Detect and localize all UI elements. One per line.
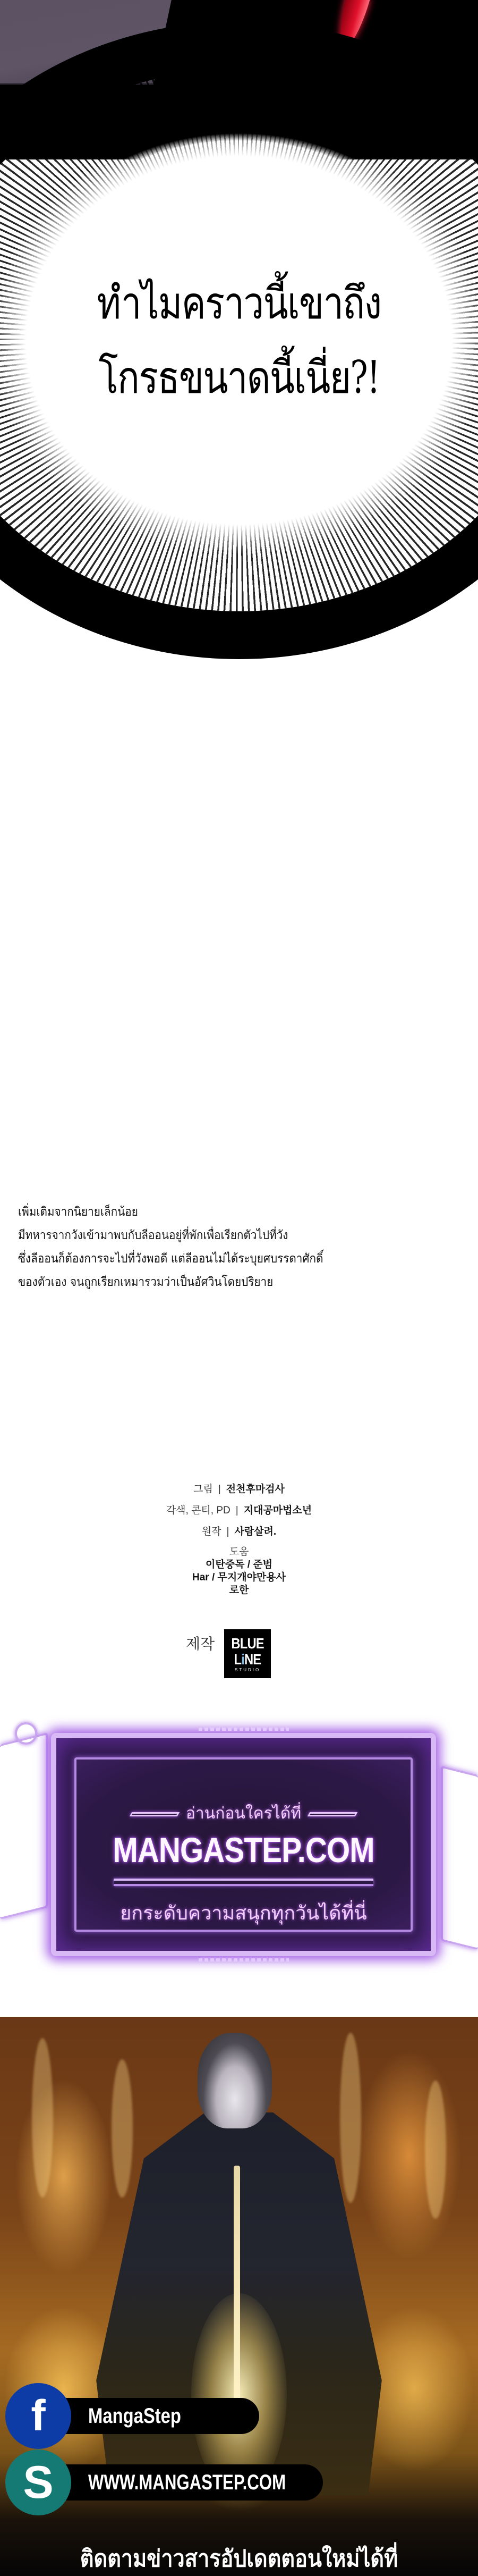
flame-art: [425, 2081, 446, 2219]
circuit-decoration-right: [441, 1765, 478, 1950]
blueline-studio-logo: BLUE LiNE STUDIO: [224, 1629, 271, 1678]
banner-top-line: อ่านก่อนใครได้ที่: [76, 1801, 411, 1826]
translator-notes: เพิ่มเติมจากนิยายเล็กน้อย มีทหารจากวังเข…: [18, 1200, 420, 1294]
credit-name: 전천후마검사: [226, 1484, 285, 1495]
credit-row-original: 원작|사람살려.: [0, 1521, 478, 1543]
sword-art: [234, 2166, 240, 2400]
credit-name: 사람살려.: [234, 1526, 276, 1537]
note-line: เพิ่มเติมจากนิยายเล็กน้อย: [18, 1200, 420, 1224]
credit-row-adaptation: 각색, 콘티, PD|지대공마법소년: [0, 1500, 478, 1521]
flame-art: [340, 2033, 361, 2203]
gear-icon: [15, 1722, 37, 1745]
manga-panel-shout: ทำไมคราวนี้เขาถึง โกรธขนาดนี้เนี่ย?!: [0, 0, 478, 691]
shout-speech-bubble: ทำไมคราวนี้เขาถึง โกรธขนาดนี้เนี่ย?!: [43, 266, 435, 415]
logo-line-2: LiNE: [234, 1652, 261, 1668]
facebook-pill: MangaStep: [55, 2398, 259, 2434]
website-link[interactable]: S WWW.MANGASTEP.COM: [5, 2449, 323, 2515]
credit-role: 그림: [193, 1484, 213, 1495]
note-line: มีทหารจากวังเข้ามาพบกับลีออนอยู่ที่พักเพ…: [18, 1224, 420, 1247]
banner-inner-frame: อ่านก่อนใครได้ที่ MANGASTEP.COM ยกระดับค…: [74, 1757, 413, 1932]
follow-updates-text: ติดตามข่าวสารอัปเดตตอนใหม่ได้ที่: [24, 2540, 454, 2576]
note-line: ซึ่งลีออนก็ต้องการจะไปที่วังพอดี แต่ลีออ…: [18, 1247, 420, 1270]
frame-dash-bottom: [199, 1958, 289, 1962]
flame-art: [112, 2059, 133, 2198]
shout-line-1: ทำไมคราวนี้เขาถึง: [43, 266, 435, 340]
credit-help-label: 도움: [0, 1546, 478, 1559]
character-sleeve-art: [0, 0, 176, 85]
logo-line-1: BLUE: [231, 1636, 263, 1652]
credit-role: 각색, 콘티, PD: [166, 1505, 231, 1516]
credit-separator: |: [236, 1505, 238, 1516]
banner-top-text: อ่านก่อนใครได้ที่: [186, 1804, 301, 1823]
circuit-decoration-left: [0, 1732, 48, 1920]
production-label: 제작: [186, 1632, 215, 1654]
banner-site-link[interactable]: MANGASTEP.COM: [100, 1830, 387, 1870]
note-line: ของตัวเอง จนถูกเรียกเหมารวมว่าเป็นอัศวิน…: [18, 1270, 420, 1294]
facebook-icon: f: [5, 2383, 71, 2449]
credit-help-name: 이탄중독 / 준범: [0, 1559, 478, 1571]
deco-bar-left-icon: [130, 1812, 180, 1816]
credits-block: 그림|전천후마검사 각색, 콘티, PD|지대공마법소년 원작|사람살려. 도움…: [0, 1479, 478, 1597]
website-label: WWW.MANGASTEP.COM: [88, 2471, 286, 2495]
credit-role: 원작: [202, 1526, 221, 1537]
logo-line-2b: NE: [244, 1651, 261, 1668]
production-credit: 제작 BLUE LiNE STUDIO: [186, 1629, 271, 1678]
banner-divider: [114, 1879, 373, 1886]
credit-help-name: 로한: [0, 1584, 478, 1597]
shout-line-2: โกรธขนาดนี้เนี่ย?!: [43, 340, 435, 415]
credit-row-art: 그림|전천후마검사: [0, 1479, 478, 1500]
frame-dash-top: [199, 1728, 289, 1731]
logo-line-3: STUDIO: [235, 1668, 260, 1672]
credit-help-name: Har / 무지개야만용사: [0, 1571, 478, 1584]
credit-separator: |: [227, 1526, 229, 1537]
character-head-art: [198, 2033, 272, 2128]
banner-frame[interactable]: อ่านก่อนใครได้ที่ MANGASTEP.COM ยกระดับค…: [51, 1733, 436, 1956]
credit-name: 지대공마법소년: [244, 1505, 312, 1516]
site-s-icon: S: [5, 2449, 71, 2515]
logo-line-2a: L: [234, 1651, 242, 1668]
deco-bar-right-icon: [308, 1812, 358, 1816]
website-pill: WWW.MANGASTEP.COM: [55, 2464, 323, 2501]
banner-bottom-text: ยกระดับความสนุกทุกวันได้ที่นี่: [76, 1898, 411, 1928]
facebook-link[interactable]: f MangaStep: [5, 2383, 259, 2449]
credit-separator: |: [218, 1484, 221, 1495]
mangastep-banner: อ่านก่อนใครได้ที่ MANGASTEP.COM ยกระดับค…: [0, 1690, 478, 1988]
facebook-label: MangaStep: [88, 2404, 181, 2428]
flame-art: [32, 2038, 53, 2198]
